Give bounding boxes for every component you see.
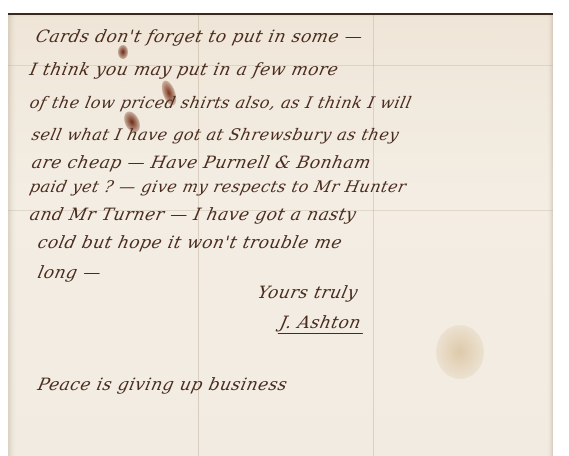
ink-stain xyxy=(118,45,128,59)
letter-postscript: Peace is giving up business xyxy=(36,375,289,395)
letter-line: are cheap — Have Purnell & Bonham xyxy=(30,153,373,173)
letter-line: I think you may put in a few more xyxy=(28,60,340,80)
letter-line: cold but hope it won't trouble me xyxy=(36,233,344,253)
letter-line: sell what I have got at Shrewsbury as th… xyxy=(30,125,401,144)
letter-line: paid yet ? — give my respects to Mr Hunt… xyxy=(28,177,408,196)
fold-crease xyxy=(373,15,374,456)
letter-page: Cards don't forget to put in some — I th… xyxy=(8,13,553,456)
water-stain xyxy=(436,325,484,379)
letter-line: of the low priced shirts also, as I thin… xyxy=(28,93,414,112)
letter-closing: Yours truly xyxy=(256,283,360,303)
letter-line: Cards don't forget to put in some — xyxy=(34,27,365,47)
letter-line: long — xyxy=(36,263,103,283)
letter-signature: J. Ashton xyxy=(278,313,367,334)
letter-line: and Mr Turner — I have got a nasty xyxy=(28,205,358,225)
